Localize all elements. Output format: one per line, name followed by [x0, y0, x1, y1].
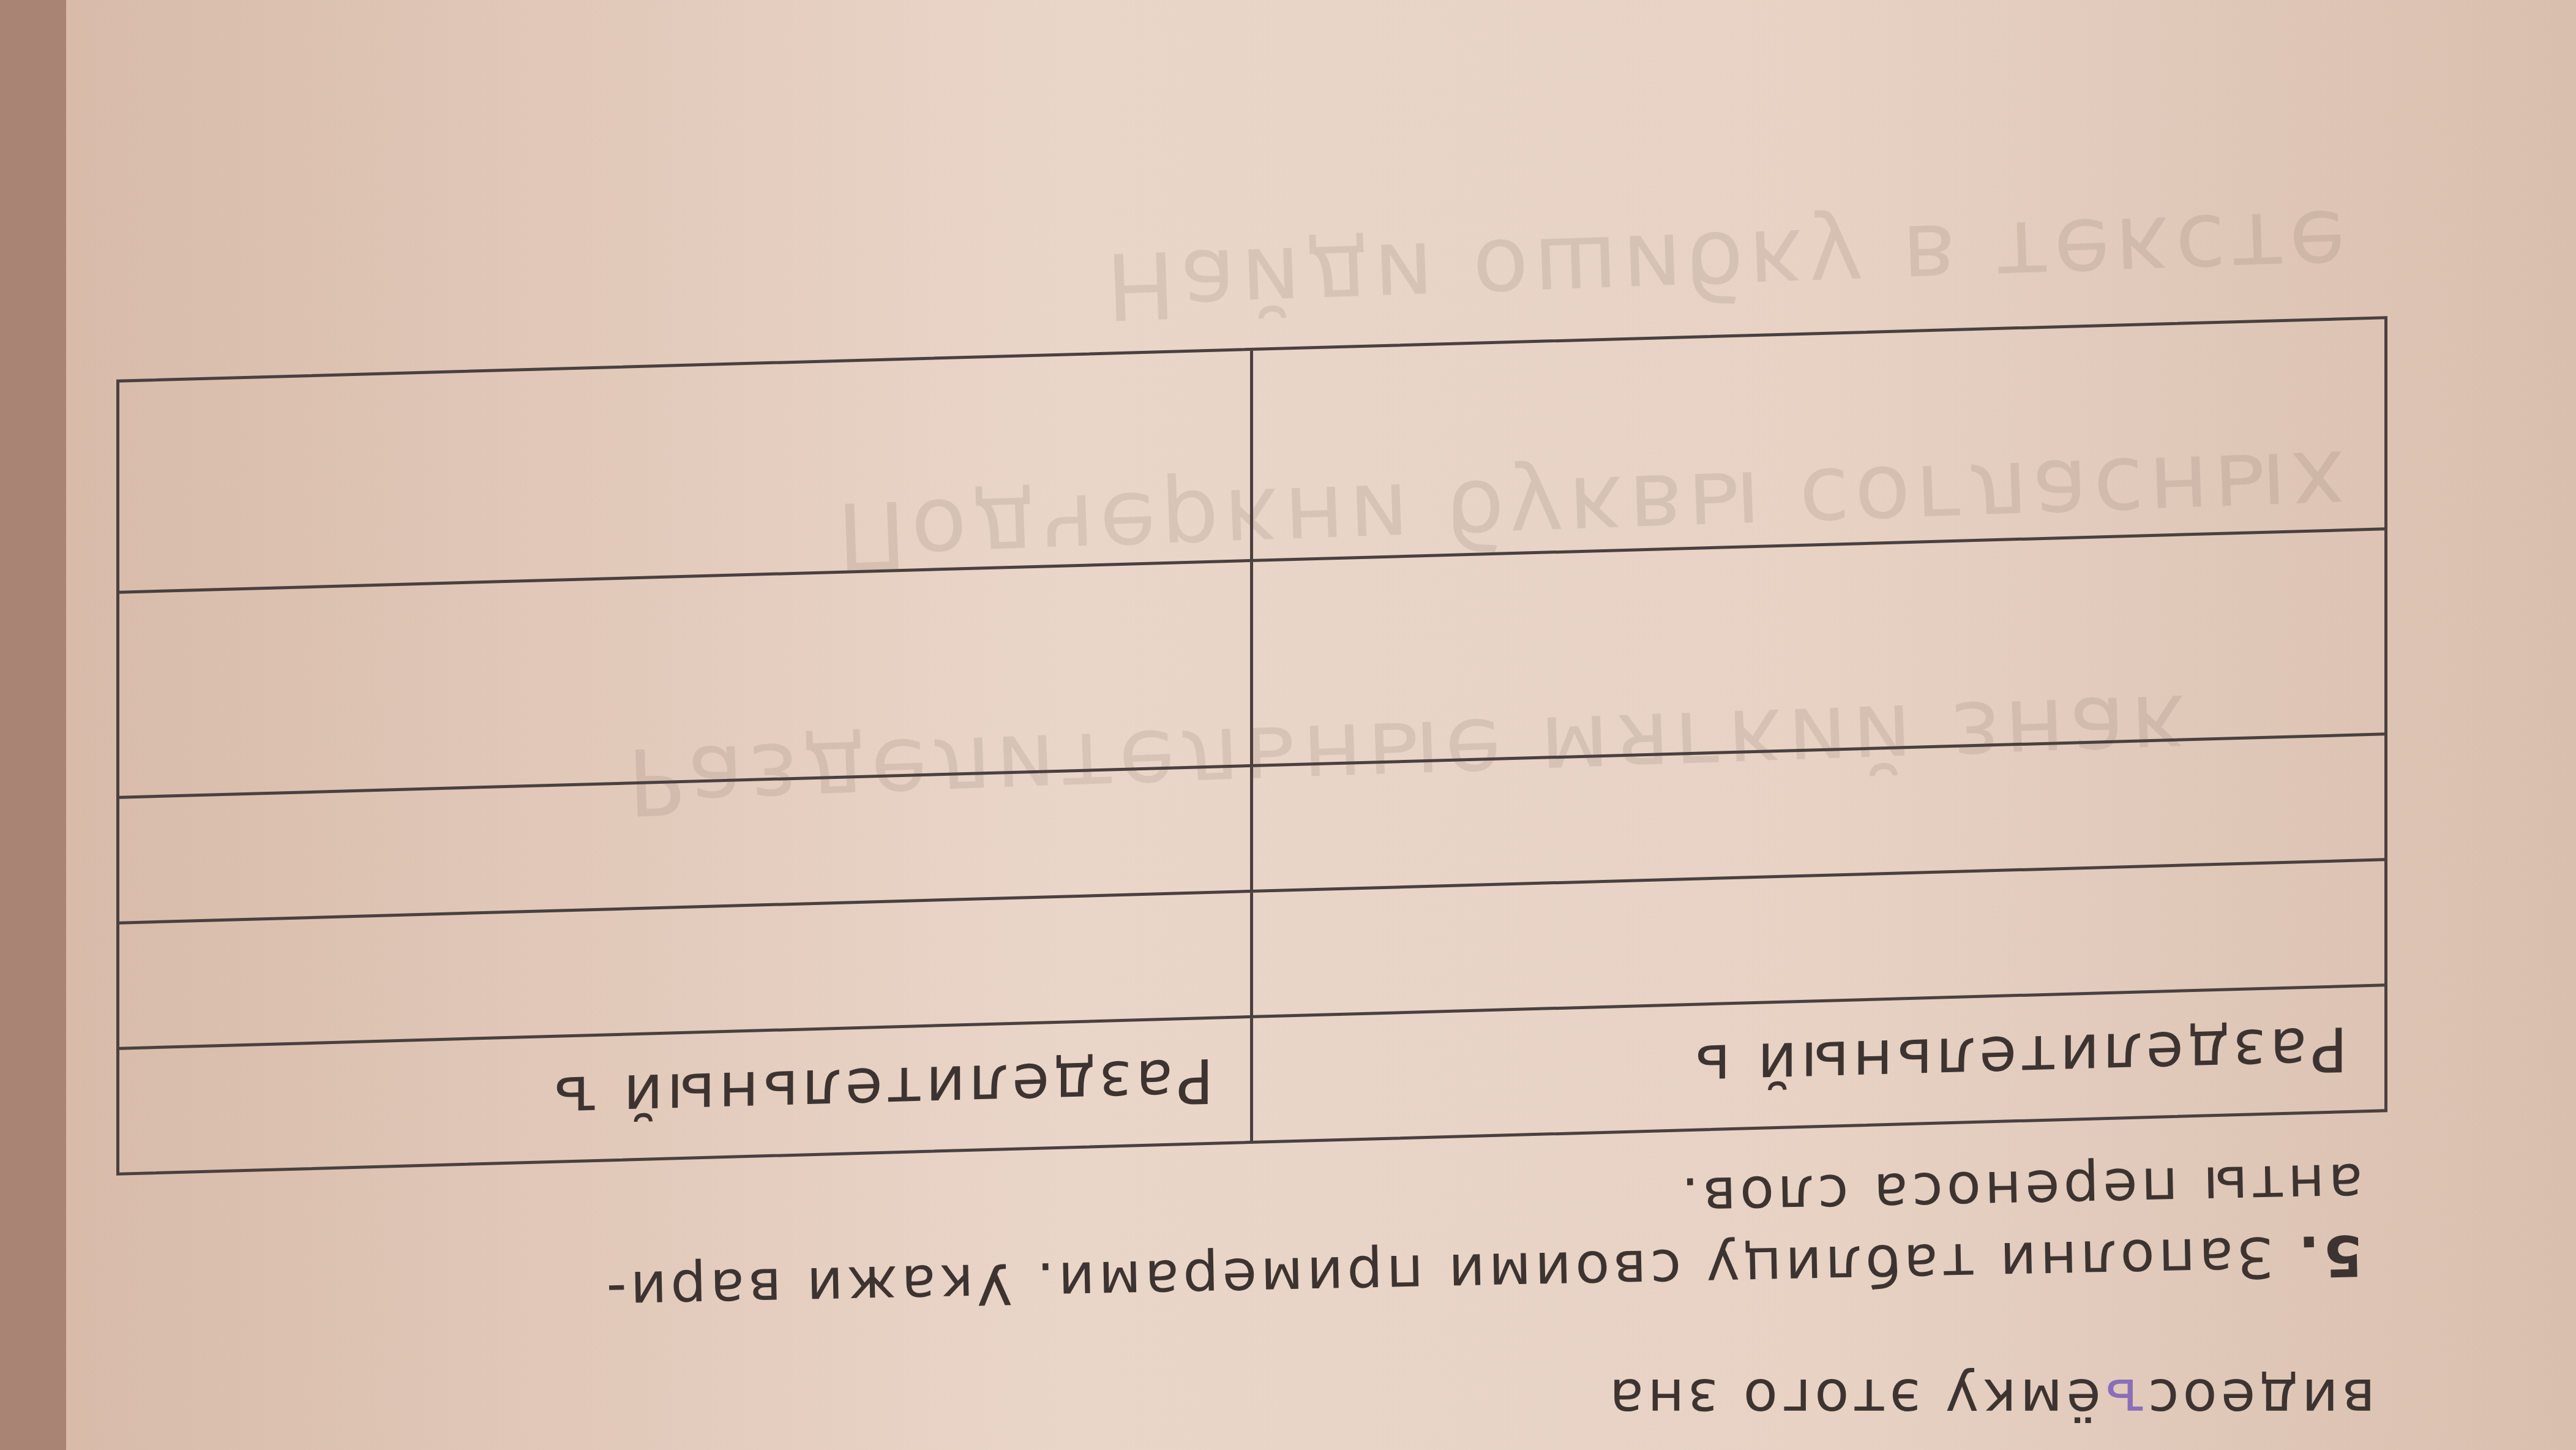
previous-line-prefix: видеос: [2144, 1366, 2375, 1432]
task-instruction-line-2: анты переноса слов.: [1677, 1151, 2364, 1230]
table-cell[interactable]: [119, 562, 1254, 796]
table-cell[interactable]: [1254, 319, 2385, 559]
task-text-2: анты переноса слов.: [1677, 1151, 2364, 1230]
previous-task-line: видеосъёмку этого зна: [1606, 1366, 2375, 1432]
examples-table: Разделительный ь Разделительный ъ: [116, 316, 2387, 1176]
handwritten-mark: ъ: [2101, 1366, 2144, 1432]
show-through-text: Найди ошибку в тексте: [1104, 189, 2352, 339]
table-cell[interactable]: [1254, 530, 2385, 764]
table-cell[interactable]: [119, 351, 1254, 591]
workbook-page: Найди ошибку в тексте Подчеркни буквы со…: [66, 0, 2576, 1450]
task-instruction-line-1: 5. Заполни таблицу своими примерами. Ука…: [602, 1222, 2364, 1324]
task-number: 5.: [2294, 1222, 2364, 1289]
previous-line-suffix: ёмку этого зна: [1606, 1366, 2101, 1432]
task-text-1: Заполни таблицу своими примерами. Укажи …: [602, 1224, 2274, 1324]
